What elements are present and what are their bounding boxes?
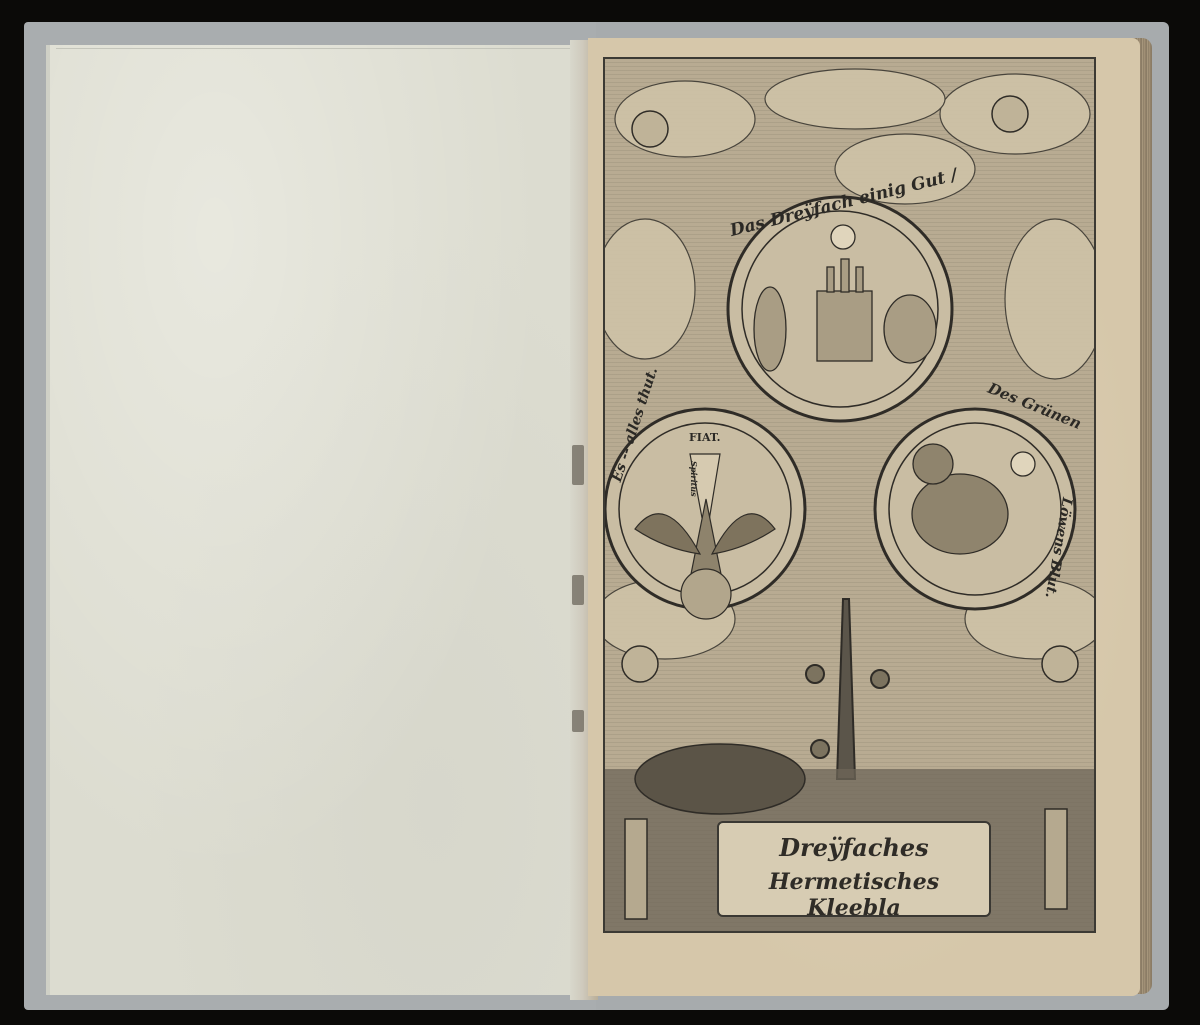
engraving-illustration <box>605 59 1094 931</box>
globe <box>681 569 731 619</box>
fiat-label: FIAT. <box>689 431 721 444</box>
grape-cluster <box>871 670 889 688</box>
wind-head-icon <box>632 111 668 147</box>
mercury-figure <box>754 287 786 371</box>
title-line-1: Dreÿfaches <box>719 833 989 862</box>
grape-cluster <box>811 740 829 758</box>
wind-head-icon <box>1042 646 1078 682</box>
wind-head-icon <box>622 646 658 682</box>
beaver-figure <box>635 744 805 814</box>
gutter-offset-mark <box>572 445 584 485</box>
green-lion <box>912 474 1008 554</box>
spiritus-column-text: Spiritus <box>689 461 699 497</box>
sun-icon <box>1011 452 1035 476</box>
endpaper-edge <box>56 48 596 989</box>
title-banner: Dreÿfaches Hermetisches Kleebla <box>717 821 991 917</box>
title-line-2: Hermetisches Kleebla <box>719 869 989 921</box>
gutter-offset-mark <box>572 575 584 605</box>
tree-trunk <box>837 599 855 779</box>
lion-figure <box>884 295 936 363</box>
engraved-frontispiece: Das Dreÿfach einig Gut / Es -- alles thu… <box>603 57 1096 933</box>
gutter-offset-mark <box>572 710 584 732</box>
grape-cluster <box>806 665 824 683</box>
wind-head-icon <box>992 96 1028 132</box>
sun-icon <box>831 225 855 249</box>
alchemical-furnace <box>817 291 872 361</box>
